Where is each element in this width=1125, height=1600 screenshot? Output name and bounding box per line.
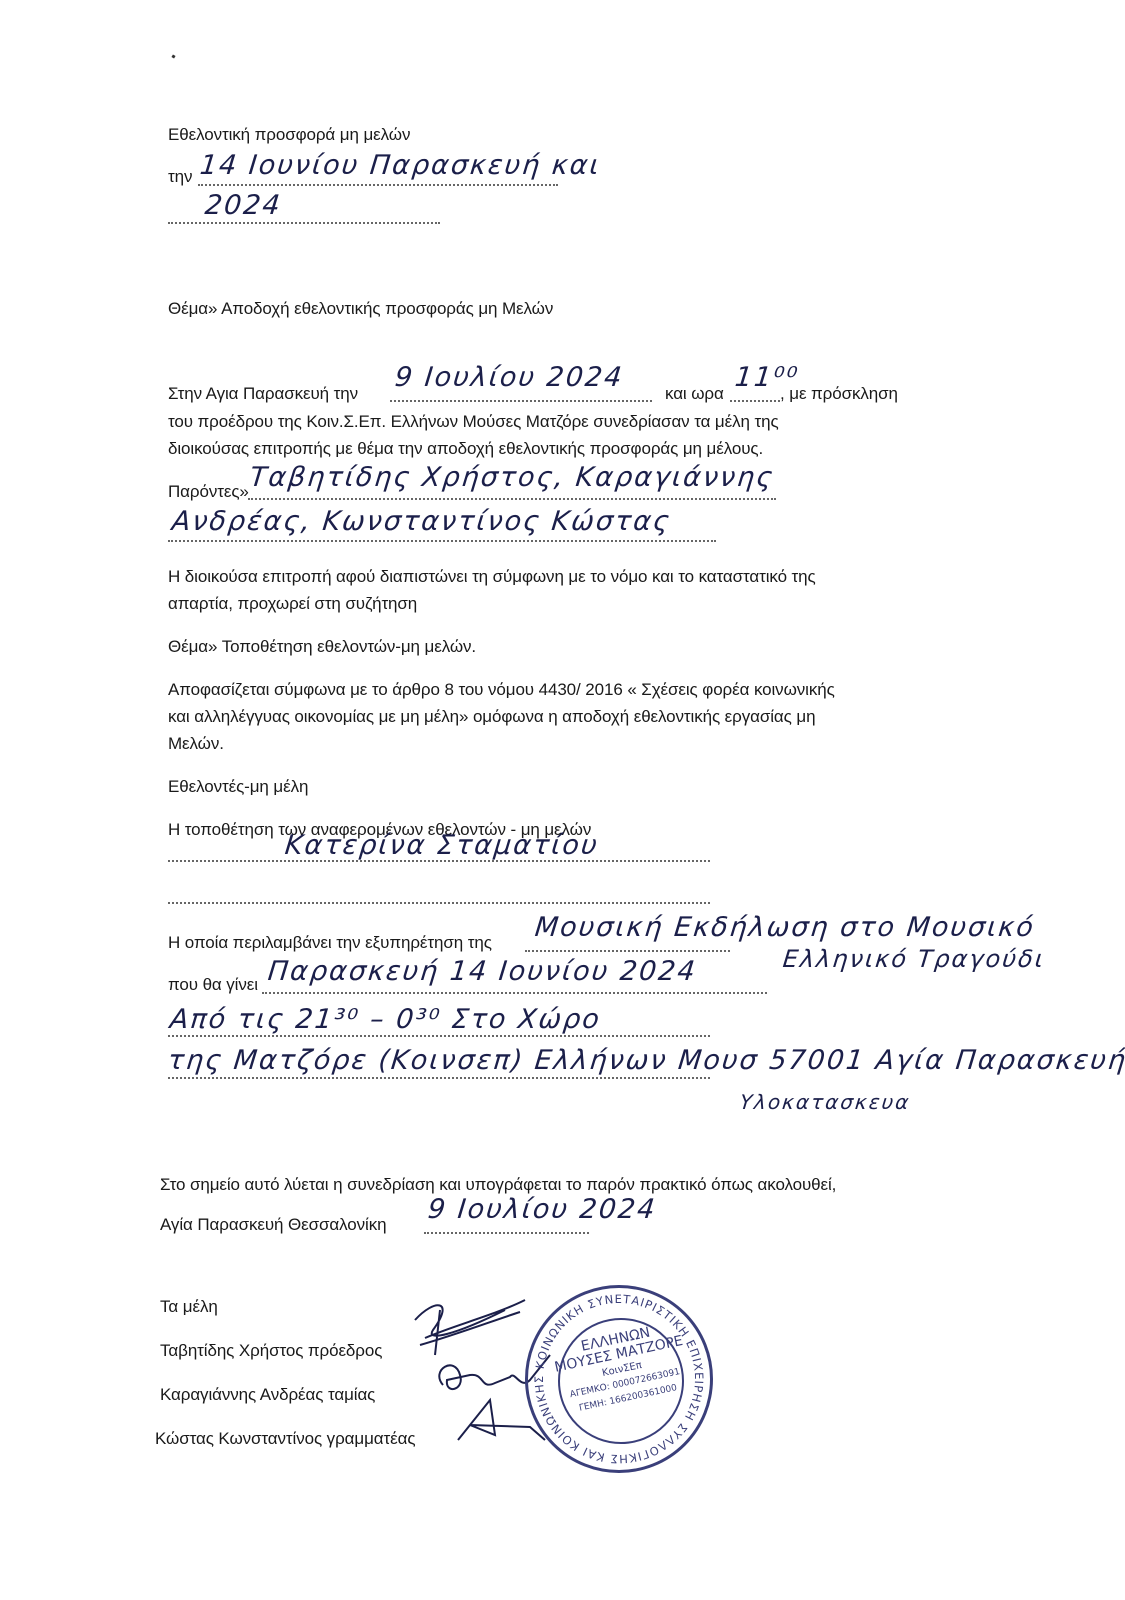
fill-line — [168, 902, 710, 904]
fill-line — [168, 1035, 710, 1037]
fill-line — [168, 1077, 710, 1079]
handwritten-event-place: της Ματζόρε (Κοινσεπ) Ελλήνων Μουσ 57001… — [166, 1045, 1125, 1076]
handwritten-meeting-date: 9 Ιουλίου 2024 — [393, 362, 625, 393]
closing-line: Στο σημείο αυτό λύεται η συνεδρίαση και … — [160, 1174, 836, 1196]
meeting-intro-suffix: , με πρόσκληση — [780, 383, 898, 405]
handwritten-year: 2024 — [203, 190, 283, 221]
handwritten-event: Μουσική Εκδήλωση στο Μουσικό — [533, 912, 1036, 943]
quorum-line-1: Η διοικούσα επιτροπή αφού διαπιστώνει τη… — [168, 566, 816, 588]
handwritten-closing-date: 9 Ιουλίου 2024 — [426, 1194, 658, 1225]
handwritten-present-1: Ταβητίδης Χρήστος, Καραγιάννης — [248, 462, 775, 493]
fill-line — [525, 950, 730, 952]
meeting-line-2: του προέδρου της Κοιν.Σ.Επ. Ελλήνων Μούσ… — [168, 411, 779, 433]
handwritten-event-place-cont: Υλοκατασκευα — [739, 1090, 912, 1114]
members-heading: Τα μέλη — [160, 1296, 218, 1318]
document-title: Εθελοντική προσφορά μη μελών — [168, 124, 410, 146]
fill-line — [730, 400, 780, 402]
subject-heading-2: Θέμα» Τοποθέτηση εθελοντών-μη μελών. — [168, 636, 476, 658]
decision-line-3: Μελών. — [168, 733, 224, 755]
meeting-line-3: διοικούσας επιτροπής με θέμα την αποδοχή… — [168, 438, 763, 460]
handwritten-present-2: Ανδρέας, Κωνσταντίνος Κώστας — [170, 506, 672, 537]
fill-line — [248, 498, 776, 500]
member-secretary: Κώστας Κωνσταντίνος γραμματέας — [155, 1428, 415, 1450]
fill-line — [168, 222, 440, 224]
member-president: Ταβητίδης Χρήστος πρόεδρος — [160, 1340, 382, 1362]
time-label: και ωρα — [665, 383, 724, 405]
where-label: που θα γίνει — [168, 974, 258, 996]
handwritten-volunteer-name: Κατερίνα Σταματίου — [283, 830, 600, 861]
fill-line — [262, 992, 767, 994]
member-treasurer: Καραγιάννης Ανδρέας ταμίας — [160, 1384, 375, 1406]
handwritten-event-genre: Ελληνικό Τραγούδι — [782, 945, 1047, 973]
volunteers-heading: Εθελοντές-μη μέλη — [168, 776, 308, 798]
service-label: Η οποία περιλαμβάνει την εξυπηρέτηση της — [168, 932, 492, 954]
subject-heading-1: Θέμα» Αποδοχή εθελοντικής προσφοράς μη Μ… — [168, 298, 553, 320]
fill-line — [390, 400, 652, 402]
organization-stamp: ΚΟΙΝΩΝΙΚΗ ΣΥΝΕΤΑΙΡΙΣΤΙΚΗ ΕΠΙΧΕΙΡΗΣΗ ΣΥΛΛ… — [525, 1285, 713, 1473]
present-label: Παρόντες» — [168, 481, 249, 503]
handwritten-date: 14 Ιουνίου Παρασκευή και — [198, 150, 602, 181]
handwritten-event-time: Από τις 21³⁰ – 0³⁰ Στο Χώρο — [168, 1004, 602, 1035]
scan-speck — [171, 54, 175, 58]
meeting-intro: Στην Αγια Παρασκευή την — [168, 383, 358, 405]
date-prefix: την — [168, 166, 192, 188]
quorum-line-2: απαρτία, προχωρεί στη συζήτηση — [168, 593, 417, 615]
document-page: Εθελοντική προσφορά μη μελών την 14 Ιουν… — [0, 0, 1125, 1600]
closing-place: Αγία Παρασκευή Θεσσαλονίκη — [160, 1214, 386, 1236]
fill-line — [424, 1232, 589, 1234]
decision-line-2: και αλληλέγγυας οικονομίας με μη μέλη» ο… — [168, 706, 815, 728]
fill-line — [198, 184, 558, 186]
handwritten-event-date: Παρασκευή 14 Ιουνίου 2024 — [266, 956, 698, 987]
fill-line — [168, 540, 716, 542]
decision-line-1: Αποφασίζεται σύμφωνα με το άρθρο 8 του ν… — [168, 679, 835, 701]
